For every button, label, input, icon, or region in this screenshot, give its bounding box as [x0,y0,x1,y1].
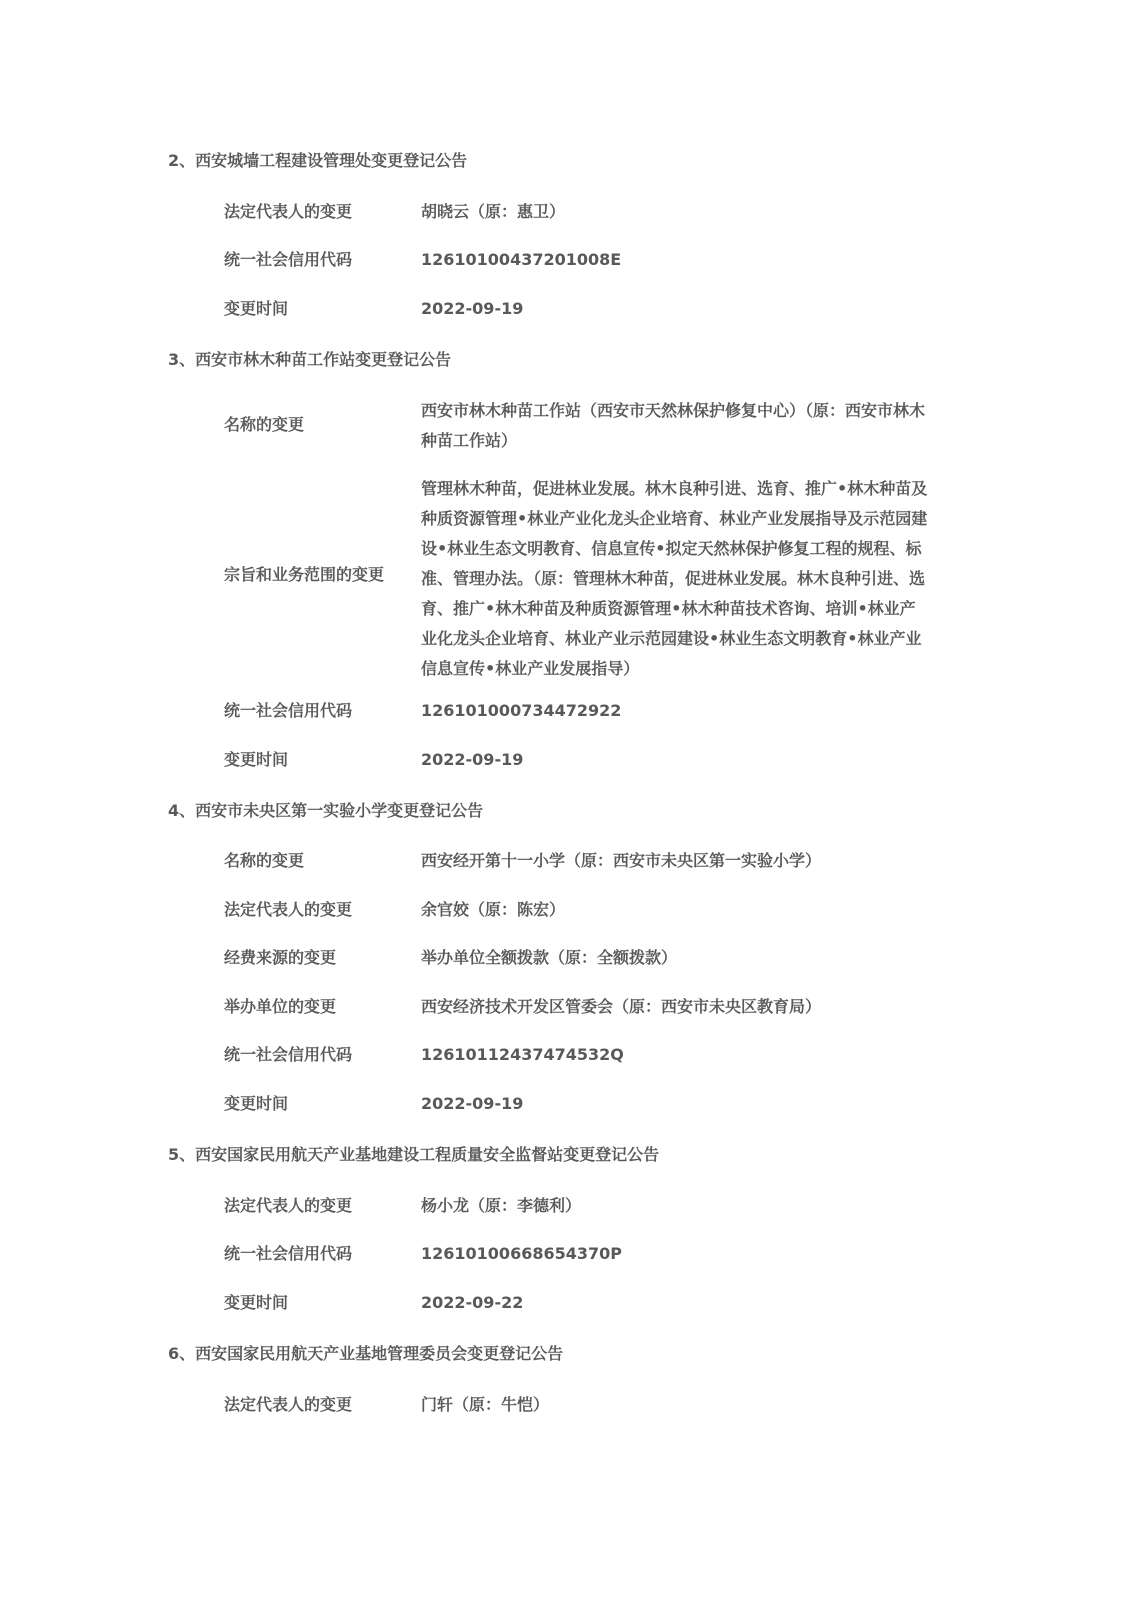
section-heading: 6、西安国家民用航天产业基地管理委员会变更登记公告 [168,1344,563,1364]
field-label: 统一社会信用代码 [224,701,352,721]
field-label: 法定代表人的变更 [224,1395,352,1415]
field-value: 西安经开第十一小学（原：西安市未央区第一实验小学） [421,851,929,871]
field-value: 2022-09-19 [421,1094,929,1114]
field-value: 12610100668654370P [421,1244,929,1264]
field-label: 名称的变更 [224,851,304,871]
field-value: 2022-09-19 [421,750,929,770]
field-value: 胡晓云（原：惠卫） [421,202,929,222]
field-value: 2022-09-22 [421,1293,929,1313]
section-heading: 5、西安国家民用航天产业基地建设工程质量安全监督站变更登记公告 [168,1145,659,1165]
field-value: 门轩（原：牛恺） [421,1395,929,1415]
field-value: 西安市林木种苗工作站（西安市天然林保护修复中心）（原：西安市林木种苗工作站） [421,396,929,456]
field-label: 统一社会信用代码 [224,250,352,270]
field-label: 法定代表人的变更 [224,1196,352,1216]
field-label: 统一社会信用代码 [224,1244,352,1264]
section-heading: 4、西安市未央区第一实验小学变更登记公告 [168,801,483,821]
field-value: 余官姣（原：陈宏） [421,900,929,920]
field-label: 变更时间 [224,750,288,770]
field-value: 举办单位全额拨款（原：全额拨款） [421,948,929,968]
field-value: 2022-09-19 [421,299,929,319]
field-label: 变更时间 [224,299,288,319]
field-label: 宗旨和业务范围的变更 [224,565,384,585]
field-label: 法定代表人的变更 [224,202,352,222]
field-label: 统一社会信用代码 [224,1045,352,1065]
field-value: 杨小龙（原：李德利） [421,1196,929,1216]
field-value: 12610100437201008E [421,250,929,270]
field-value: 126101000734472922 [421,701,929,721]
field-label: 名称的变更 [224,415,304,435]
section-heading: 3、西安市林木种苗工作站变更登记公告 [168,350,451,370]
document-page: 2、西安城墙工程建设管理处变更登记公告 法定代表人的变更 胡晓云（原：惠卫） 统… [0,0,1131,1600]
field-label: 举办单位的变更 [224,997,336,1017]
field-value: 西安经济技术开发区管委会（原：西安市未央区教育局） [421,997,929,1017]
field-label: 法定代表人的变更 [224,900,352,920]
field-label: 变更时间 [224,1094,288,1114]
field-label: 经费来源的变更 [224,948,336,968]
field-value: 12610112437474532Q [421,1045,929,1065]
field-value: 管理林木种苗，促进林业发展。林木良种引进、选育、推广•林木种苗及种质资源管理•林… [421,474,929,684]
section-heading: 2、西安城墙工程建设管理处变更登记公告 [168,151,467,171]
field-label: 变更时间 [224,1293,288,1313]
